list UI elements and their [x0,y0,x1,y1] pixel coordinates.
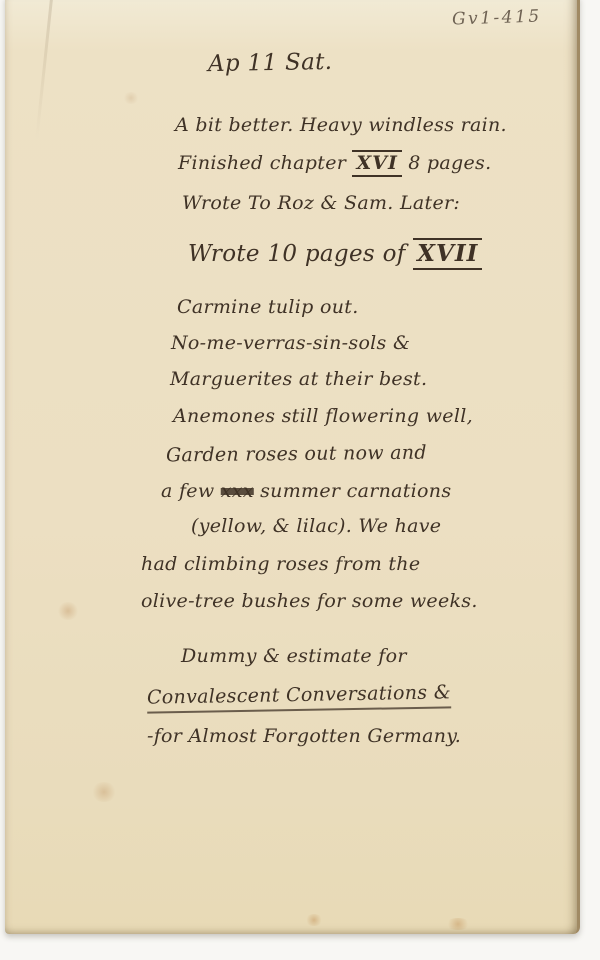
diary-line-letters: Wrote To Roz & Sam. Later: [182,192,460,214]
chapter-numeral: XVII [413,238,482,270]
diary-line-wrote-pages: Wrote 10 pages of XVII [188,240,482,267]
foxing-stain [123,92,139,104]
diary-line-carnations: a few xxx summer carnations [161,480,451,502]
foxing-stain [57,602,79,620]
diary-line-dummy-estimate: Dummy & estimate for [181,645,407,667]
diary-line-convalescent-title: Convalescent Conversations & [147,684,451,711]
paper-sheet [5,0,580,934]
line-text: Finished chapter [178,152,352,174]
diary-line-garden-roses: Garden roses out now and [166,442,427,467]
diary-line-weather: A bit better. Heavy windless rain. [175,114,507,136]
diary-line-olive-tree: olive-tree bushes for some weeks. [141,590,478,612]
diary-line-carmine-tulip: Carmine tulip out. [177,296,359,318]
line-text: summer carnations [254,480,452,502]
diary-line-marguerites: Marguerites at their best. [170,368,427,390]
underlined-book-title: Convalescent Conversations & [147,681,451,713]
diary-line-no-me-verras: No-me-verras-sin-sols & [171,332,410,354]
diary-line-anemones: Anemones still flowering well, [173,405,473,427]
catalog-number: Gv1-415 [452,6,542,29]
foxing-stain [305,914,323,926]
diary-line-forgotten-germany: -for Almost Forgotten Germany. [147,725,461,747]
line-text: Wrote 10 pages of [188,241,413,267]
crossed-out-word: xxx [221,480,254,502]
diary-line-finished-chapter: Finished chapter XVI 8 pages. [178,152,491,174]
foxing-stain [445,918,471,930]
diary-line-climbing-roses: had climbing roses from the [141,553,420,575]
line-text: 8 pages. [402,152,492,174]
line-text: a few [161,480,221,502]
diary-line-yellow-lilac: (yellow, & lilac). We have [191,515,441,537]
paper-crease [35,0,54,140]
foxing-stain [91,782,117,802]
chapter-numeral: XVI [352,150,401,177]
scanned-diary-page: { "colors": { "paper": "#ede1c5", "ink":… [0,0,600,960]
date-heading: Ap 11 Sat. [208,49,333,77]
